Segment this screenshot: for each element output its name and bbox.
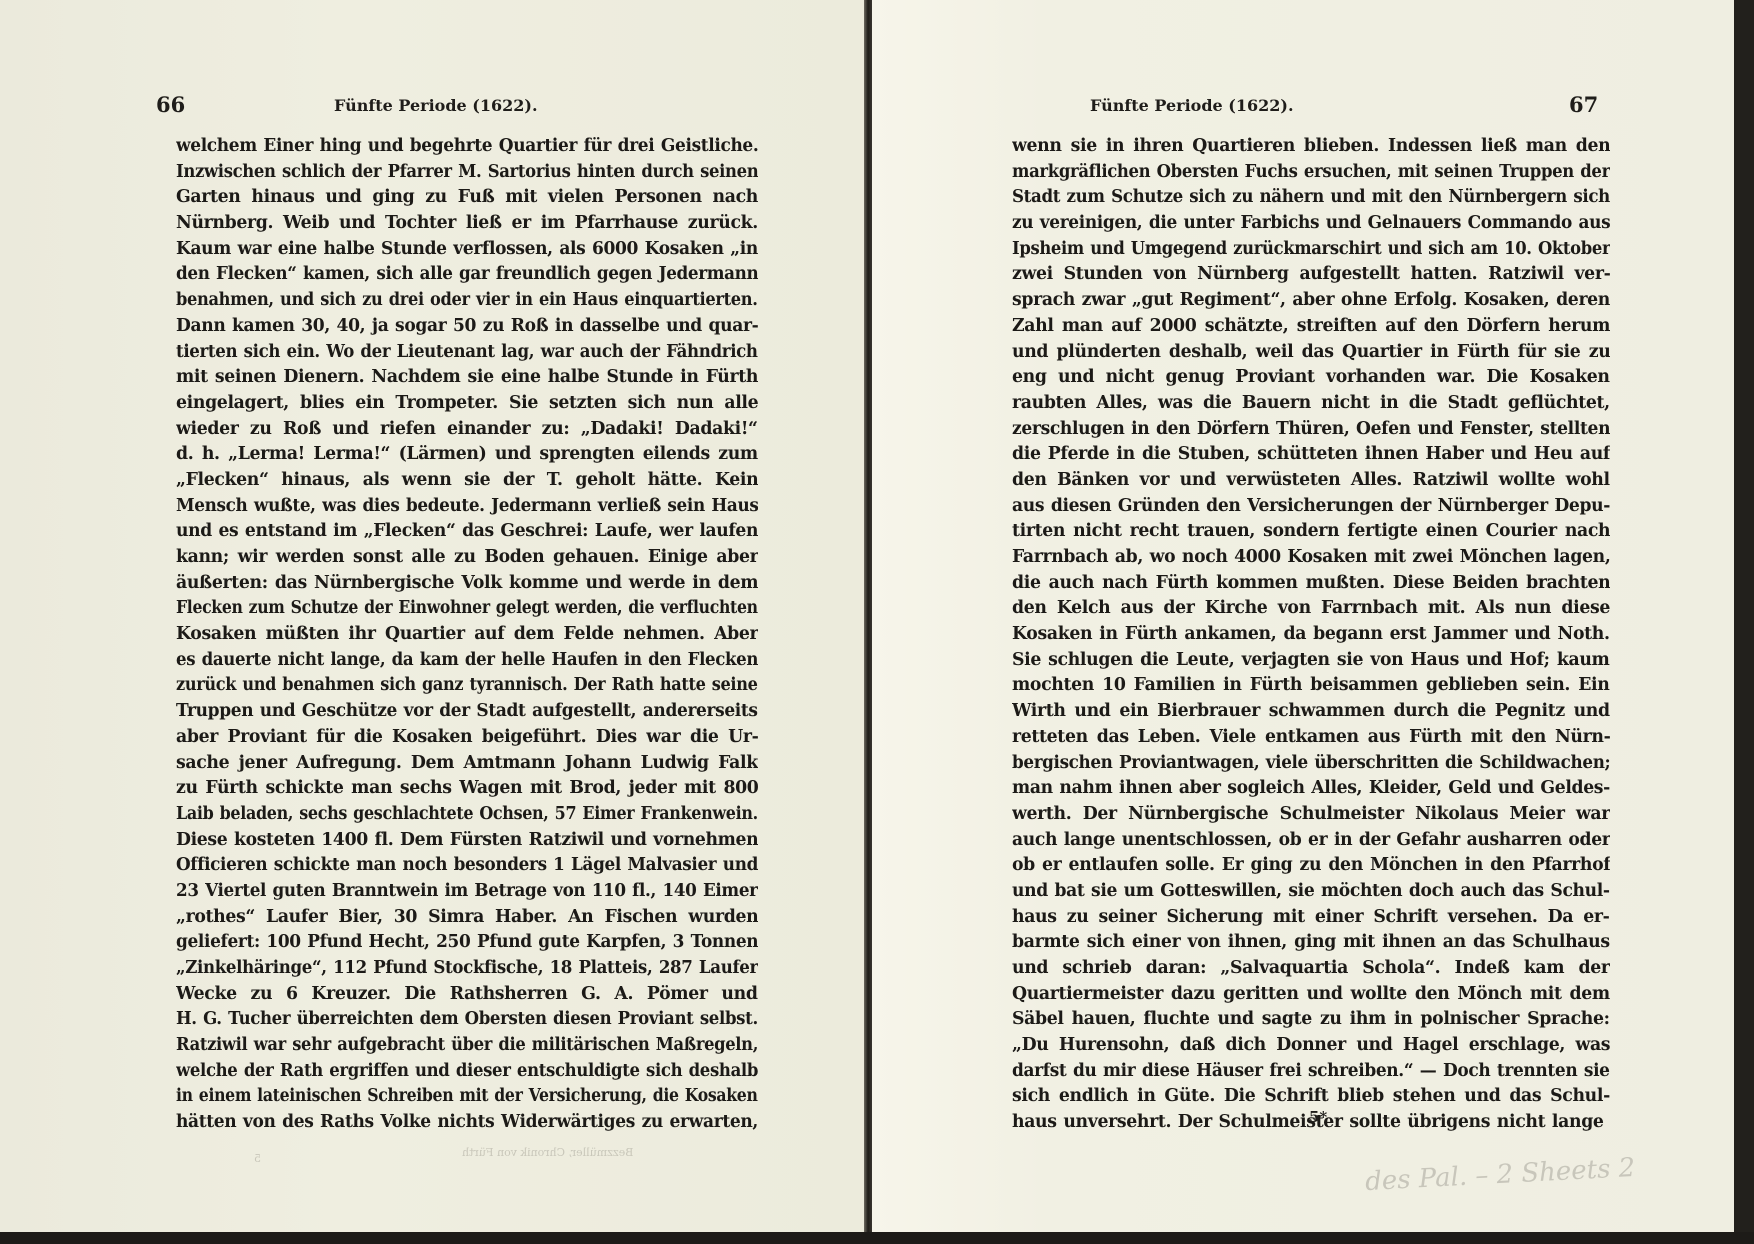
text-line: raubten Alles, was die Bauern nicht in d… bbox=[1012, 391, 1610, 417]
text-line: die Pferde in die Stuben, schütteten ihn… bbox=[1012, 442, 1610, 468]
text-line: Stadt zum Schutze sich zu nähern und mit… bbox=[1012, 185, 1610, 211]
text-line: „Du Hurensohn, daß dich Donner und Hagel… bbox=[1012, 1033, 1610, 1059]
page-number: 67 bbox=[1569, 92, 1598, 117]
text-line: Säbel hauen, fluchte und sagte zu ihm in… bbox=[1012, 1007, 1610, 1033]
text-line: und plünderten deshalb, weil das Quartie… bbox=[1012, 340, 1610, 366]
text-line: Wirth und ein Bierbrauer schwammen durch… bbox=[1012, 699, 1610, 725]
text-line: aus diesen Gründen den Versicherungen de… bbox=[1012, 494, 1610, 520]
text-line: in einem lateinischen Schreiben mit der … bbox=[176, 1084, 758, 1110]
text-line: zerschlugen in den Dörfern Thüren, Oefen… bbox=[1012, 417, 1610, 443]
text-line: es dauerte nicht lange, da kam der helle… bbox=[176, 648, 758, 674]
text-line: mochten 10 Familien in Fürth beisammen g… bbox=[1012, 673, 1610, 699]
text-line: retteten das Leben. Viele entkamen aus F… bbox=[1012, 725, 1610, 751]
text-line: äußerten: das Nürnbergische Volk komme u… bbox=[176, 571, 758, 597]
text-line: und schrieb daran: „Salvaquartia Schola“… bbox=[1012, 956, 1610, 982]
text-line: „Flecken“ hinaus, als wenn sie der T. ge… bbox=[176, 468, 758, 494]
text-line: zu Fürth schickte man sechs Wagen mit Br… bbox=[176, 776, 758, 802]
text-line: Kosaken in Fürth ankamen, da begann erst… bbox=[1012, 622, 1610, 648]
text-line: 23 Viertel guten Branntwein im Betrage v… bbox=[176, 879, 758, 905]
text-line: Dann kamen 30, 40, ja sogar 50 zu Roß in… bbox=[176, 314, 758, 340]
text-line: Wecke zu 6 Kreuzer. Die Rathsherren G. A… bbox=[176, 982, 758, 1008]
text-line: Flecken zum Schutze der Einwohner gelegt… bbox=[176, 596, 758, 622]
signature-mark: 5* bbox=[1309, 1108, 1327, 1126]
text-line: eng und nicht genug Proviant vorhanden w… bbox=[1012, 365, 1610, 391]
running-title: Fünfte Periode (1622). bbox=[1090, 96, 1294, 115]
text-line: sich endlich in Güte. Die Schrift blieb … bbox=[1012, 1084, 1610, 1110]
text-line: wieder zu Roß und riefen einander zu: „D… bbox=[176, 417, 758, 443]
text-line: Laib beladen, sechs geschlachtete Ochsen… bbox=[176, 802, 758, 828]
text-line: welchem Einer hing und begehrte Quartier… bbox=[176, 134, 758, 160]
text-line: tierten sich ein. Wo der Lieutenant lag,… bbox=[176, 340, 758, 366]
text-line: ob er entlaufen solle. Er ging zu den Mö… bbox=[1012, 853, 1610, 879]
text-line: aber Proviant für die Kosaken beigeführt… bbox=[176, 725, 758, 751]
text-line: eingelagert, blies ein Trompeter. Sie se… bbox=[176, 391, 758, 417]
text-line: barmte sich einer von ihnen, ging mit ih… bbox=[1012, 930, 1610, 956]
text-line: tirten nicht recht trauen, sondern ferti… bbox=[1012, 519, 1610, 545]
text-line: Diese kosteten 1400 fl. Dem Fürsten Ratz… bbox=[176, 828, 758, 854]
text-line: Nürnberg. Weib und Tochter ließ er im Pf… bbox=[176, 211, 758, 237]
scan-bottom-edge bbox=[0, 1232, 1754, 1244]
text-line: den Kelch aus der Kirche von Farrnbach m… bbox=[1012, 596, 1610, 622]
right-page: Fünfte Periode (1622). 67 wenn sie in ih… bbox=[872, 0, 1734, 1232]
text-line: sprach zwar „gut Regiment“, aber ohne Er… bbox=[1012, 288, 1610, 314]
text-line: die auch nach Fürth kommen mußten. Diese… bbox=[1012, 571, 1610, 597]
text-line: den Flecken“ kamen, sich alle gar freund… bbox=[176, 262, 758, 288]
right-page-body: wenn sie in ihren Quartieren blieben. In… bbox=[1012, 134, 1610, 1136]
text-line: sache jener Aufregung. Dem Amtmann Johan… bbox=[176, 751, 758, 777]
page-number: 66 bbox=[156, 92, 185, 117]
text-line: welche der Rath ergriffen und dieser ent… bbox=[176, 1059, 758, 1085]
left-page-body: welchem Einer hing und begehrte Quartier… bbox=[176, 134, 758, 1136]
text-line: Ratziwil war sehr aufgebracht über die m… bbox=[176, 1033, 758, 1059]
text-line: haus zu seiner Sicherung mit einer Schri… bbox=[1012, 905, 1610, 931]
text-line: Mensch wußte, was dies bedeute. Jederman… bbox=[176, 494, 758, 520]
text-line: Inzwischen schlich der Pfarrer M. Sartor… bbox=[176, 160, 758, 186]
text-line: und bat sie um Gotteswillen, sie möchten… bbox=[1012, 879, 1610, 905]
running-title: Fünfte Periode (1622). bbox=[334, 96, 538, 115]
text-line: zwei Stunden von Nürnberg aufgestellt ha… bbox=[1012, 262, 1610, 288]
text-line: bergischen Proviantwagen, viele überschr… bbox=[1012, 751, 1610, 777]
left-page: 66 Fünfte Periode (1622). welchem Einer … bbox=[0, 0, 866, 1232]
text-line: d. h. „Lerma! Lerma!“ (Lärmen) und spren… bbox=[176, 442, 758, 468]
text-line: zurück und benahmen sich ganz tyrannisch… bbox=[176, 673, 758, 699]
text-line: werth. Der Nürnbergische Schulmeister Ni… bbox=[1012, 802, 1610, 828]
text-line: Kosaken müßten ihr Quartier auf dem Feld… bbox=[176, 622, 758, 648]
text-line: kann; wir werden sonst alle zu Boden geh… bbox=[176, 545, 758, 571]
text-line: Ipsheim und Umgegend zurückmarschirt und… bbox=[1012, 237, 1610, 263]
bleed-through-text: Bezzmüller, Chronik von Fürth bbox=[462, 1146, 633, 1159]
text-line: zu vereinigen, die unter Farbichs und Ge… bbox=[1012, 211, 1610, 237]
text-line: Garten hinaus und ging zu Fuß mit vielen… bbox=[176, 185, 758, 211]
text-line: man nahm ihnen aber sogleich Alles, Klei… bbox=[1012, 776, 1610, 802]
text-line: „rothes“ Laufer Bier, 30 Simra Haber. An… bbox=[176, 905, 758, 931]
text-line: den Bänken vor und verwüsteten Alles. Ra… bbox=[1012, 468, 1610, 494]
text-line: markgräflichen Obersten Fuchs ersuchen, … bbox=[1012, 160, 1610, 186]
text-line: benahmen, und sich zu drei oder vier in … bbox=[176, 288, 758, 314]
text-line: darfst du mir diese Häuser frei schreibe… bbox=[1012, 1059, 1610, 1085]
text-line: und es entstand im „Flecken“ das Geschre… bbox=[176, 519, 758, 545]
text-line: auch lange unentschlossen, ob er in der … bbox=[1012, 828, 1610, 854]
text-line: Truppen und Geschütze vor der Stadt aufg… bbox=[176, 699, 758, 725]
text-line: Farrnbach ab, wo noch 4000 Kosaken mit z… bbox=[1012, 545, 1610, 571]
bleed-through-signature: 5 bbox=[254, 1152, 261, 1165]
text-line: Sie schlugen die Leute, verjagten sie vo… bbox=[1012, 648, 1610, 674]
book-edge bbox=[1734, 0, 1754, 1244]
text-line: Quartiermeister dazu geritten und wollte… bbox=[1012, 982, 1610, 1008]
text-line: Zahl man auf 2000 schätzte, streiften au… bbox=[1012, 314, 1610, 340]
pencil-annotation: des Pal. – 2 Sheets 2 bbox=[1364, 1153, 1636, 1197]
text-line: wenn sie in ihren Quartieren blieben. In… bbox=[1012, 134, 1610, 160]
book-gutter bbox=[864, 0, 872, 1232]
text-line: Kaum war eine halbe Stunde verflossen, a… bbox=[176, 237, 758, 263]
text-line: hätten von des Raths Volke nichts Widerw… bbox=[176, 1110, 758, 1136]
text-line: Officieren schickte man noch besonders 1… bbox=[176, 853, 758, 879]
text-line: geliefert: 100 Pfund Hecht, 250 Pfund gu… bbox=[176, 930, 758, 956]
text-line: H. G. Tucher überreichten dem Obersten d… bbox=[176, 1007, 758, 1033]
text-line: „Zinkelhäringe“, 112 Pfund Stockfische, … bbox=[176, 956, 758, 982]
text-line: mit seinen Dienern. Nachdem sie eine hal… bbox=[176, 365, 758, 391]
